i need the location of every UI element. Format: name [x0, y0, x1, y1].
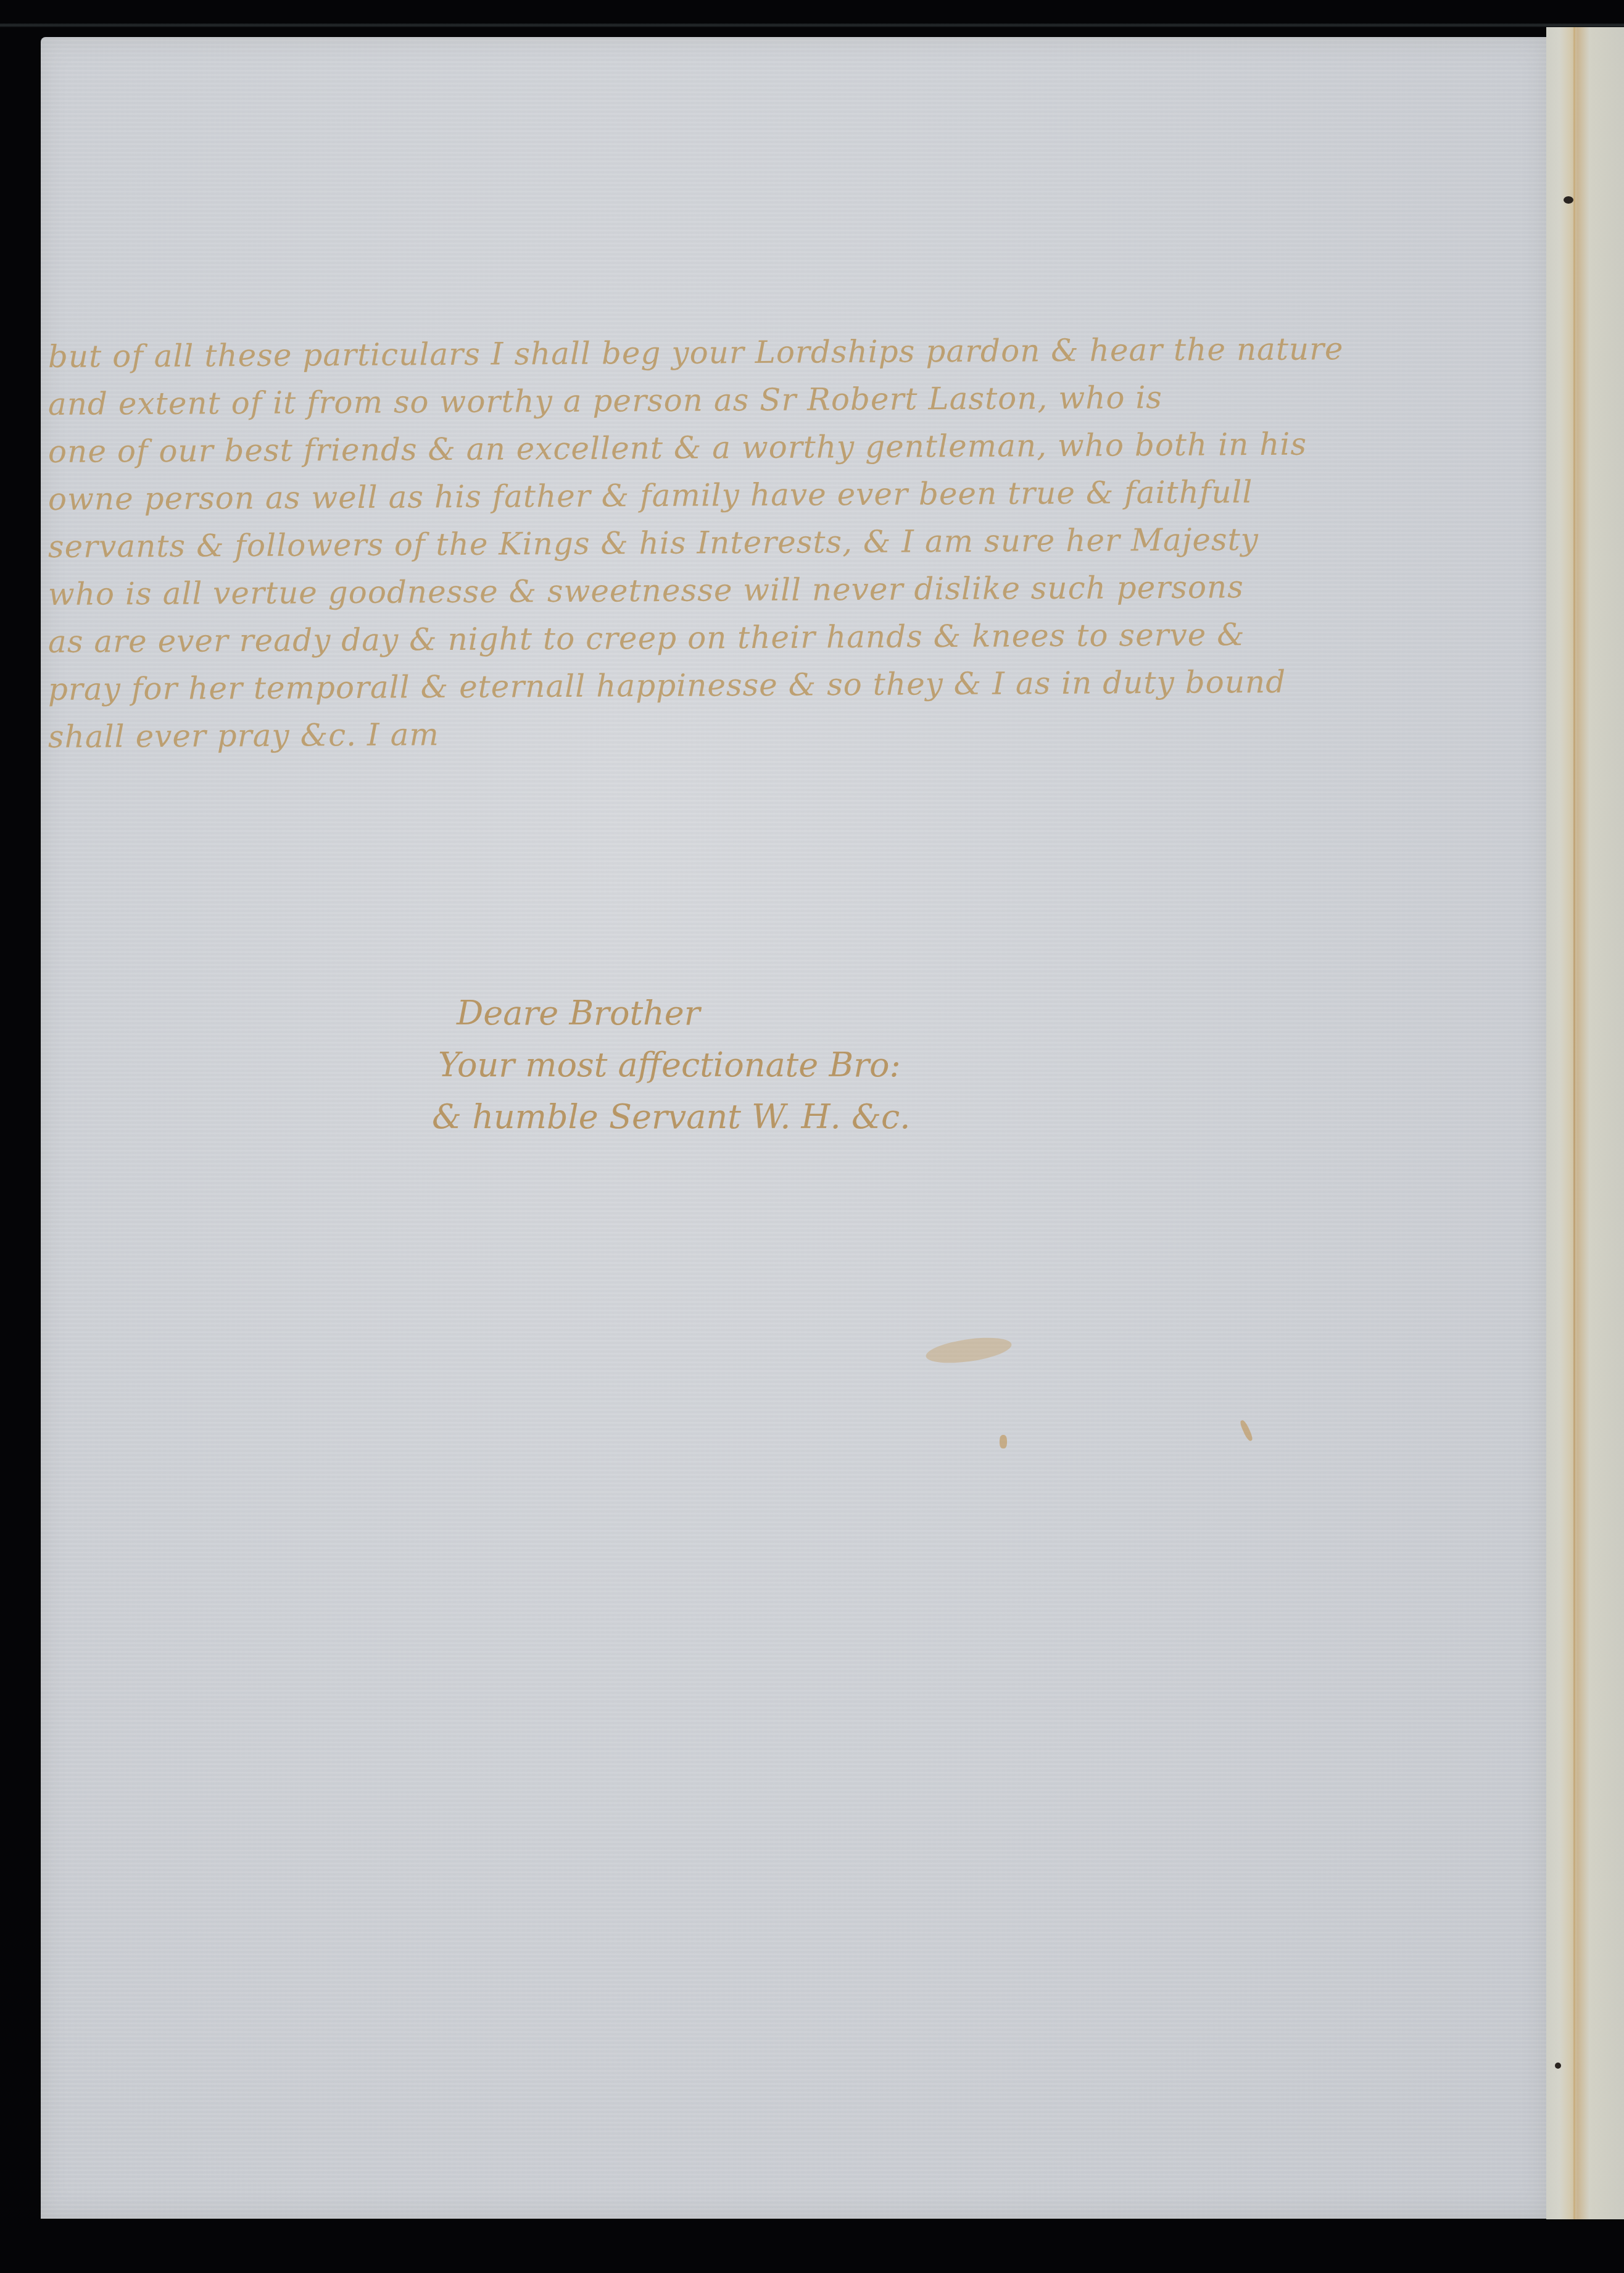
scan-background-bottom: [0, 2219, 1624, 2273]
body-line: owne person as well as his father & fami…: [48, 467, 1523, 523]
body-line: as are ever ready day & night to creep o…: [48, 609, 1523, 666]
letter-body: but of all these particulars I shall beg…: [48, 333, 1523, 761]
letter-closing: Deare Brother Your most affectionate Bro…: [432, 987, 910, 1143]
scan-background-edge: [0, 23, 1624, 27]
body-line: servants & followers of the Kings & his …: [48, 514, 1523, 571]
fold-crease: [1560, 27, 1589, 2224]
ink-blot: [1000, 1435, 1007, 1448]
pinhole-mark: [1564, 196, 1573, 204]
body-line: and extent of it from so worthy a person…: [48, 372, 1523, 428]
body-line: shall ever pray &c. I am: [48, 704, 1523, 761]
body-line: but of all these particulars I shall beg…: [48, 324, 1523, 381]
body-line: pray for her temporall & eternall happin…: [48, 657, 1523, 713]
body-line: who is all vertue goodnesse & sweetnesse…: [48, 562, 1523, 618]
closing-valediction: Your most affectionate Bro:: [438, 1039, 910, 1091]
body-line: one of our best friends & an excellent &…: [48, 419, 1523, 476]
closing-salutation: Deare Brother: [457, 987, 910, 1039]
signature: & humble Servant W. H. &c.: [432, 1091, 910, 1143]
pinhole-mark: [1555, 2063, 1561, 2069]
